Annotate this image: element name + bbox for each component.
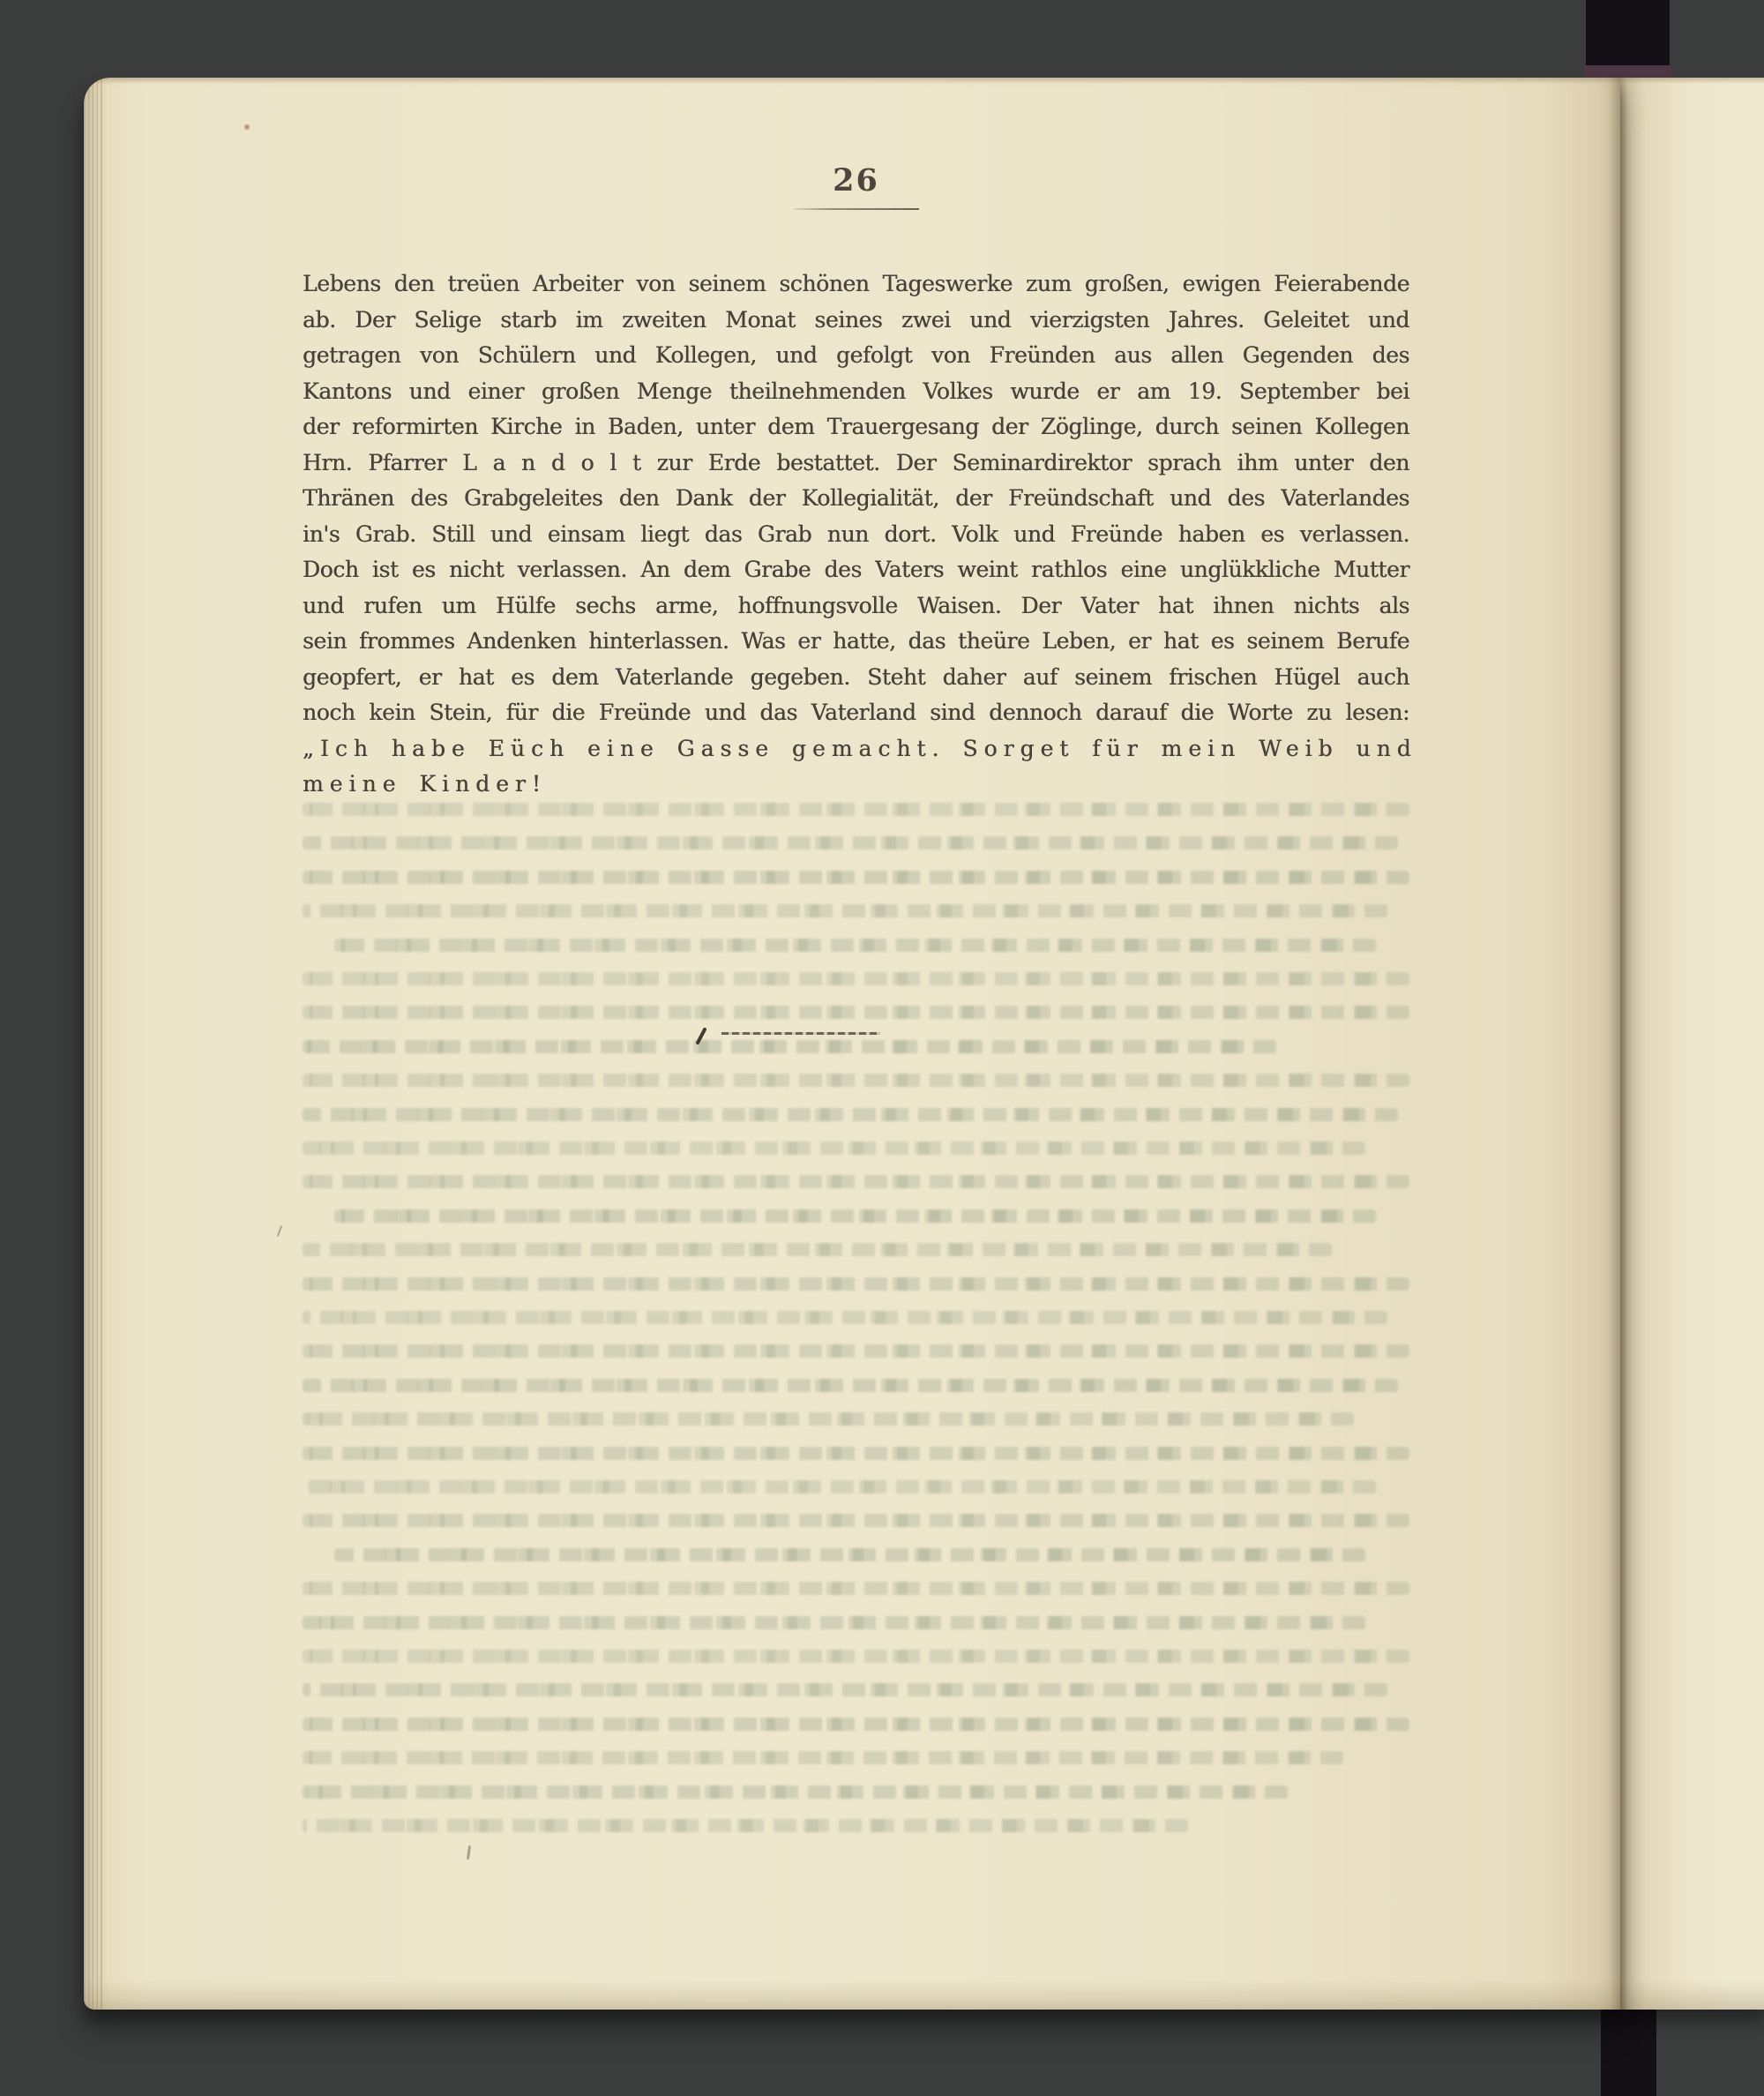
bleedthrough-separator-rule — [721, 1032, 880, 1035]
text-line: getragen von Schülern und Kollegen, und … — [303, 338, 1409, 374]
bookmark-ribbon-top — [1586, 0, 1670, 67]
text-line: „Ich habe Eüch eine Gasse gemacht. Sorge… — [303, 731, 1409, 767]
text-line: meine Kinder! — [303, 767, 1409, 803]
text-line: Lebens den treüen Arbeiter von seinem sc… — [303, 266, 1409, 303]
bleed-line — [303, 1683, 1387, 1696]
bleed-line — [303, 1108, 1398, 1121]
text-line: sein frommes Andenken hinterlassen. Was … — [303, 624, 1409, 660]
text-line: noch kein Stein, für die Freünde und das… — [303, 695, 1409, 731]
bleed-line — [303, 1142, 1365, 1155]
bleed-line — [303, 904, 1387, 917]
bleed-line — [303, 836, 1398, 850]
bleed-line — [334, 1209, 1376, 1223]
bleed-line — [303, 1344, 1409, 1358]
text-line: Doch ist es nicht verlassen. An dem Grab… — [303, 552, 1409, 588]
bleed-line — [303, 1175, 1409, 1188]
bleed-line — [303, 1514, 1409, 1527]
text-line: Hrn. Pfarrer L a n d o l t zur Erde best… — [303, 445, 1409, 482]
text-line: ab. Der Selige starb im zweiten Monat se… — [303, 303, 1409, 339]
bleed-line — [303, 1006, 1409, 1019]
bleed-line — [303, 1785, 1288, 1799]
bleed-line — [303, 1243, 1332, 1256]
text-line: der reformirten Kirche in Baden, unter d… — [303, 409, 1409, 445]
foxing-spot — [244, 124, 250, 130]
bleed-line — [303, 1480, 1376, 1493]
bleed-line — [303, 1616, 1365, 1629]
bookmark-ribbon-bottom — [1601, 2001, 1656, 2096]
bleed-line — [303, 1311, 1387, 1324]
bleed-line — [303, 871, 1409, 884]
text-line: geopfert, er hat es dem Vaterlande gegeb… — [303, 660, 1409, 696]
bleed-line — [303, 1412, 1354, 1426]
bleed-line — [303, 972, 1409, 985]
bleed-line — [303, 803, 1409, 816]
bleed-line — [303, 1040, 1276, 1053]
bleed-line — [303, 1447, 1409, 1460]
text-line: Thränen des Grabgeleites den Dank der Ko… — [303, 481, 1409, 517]
text-line: und rufen um Hülfe sechs arme, hoffnungs… — [303, 588, 1409, 625]
page-text-block: Lebens den treüen Arbeiter von seinem sc… — [303, 266, 1409, 803]
bleed-line — [303, 1379, 1398, 1392]
facing-page-edge — [1620, 78, 1764, 2010]
text-line: Kantons und einer großen Menge theilnehm… — [303, 374, 1409, 410]
text-line: in's Grab. Still und einsam liegt das Gr… — [303, 517, 1409, 553]
bleed-line — [303, 1718, 1409, 1731]
bleed-line — [334, 939, 1376, 952]
bleed-line — [334, 1548, 1365, 1561]
bleed-line — [303, 1277, 1409, 1291]
bleed-line — [303, 1819, 1188, 1832]
scanned-book-photo: 26 Lebens den treüen Arbeiter von seinem… — [0, 0, 1764, 2096]
bleed-line — [303, 1751, 1343, 1764]
bleed-line — [303, 1582, 1409, 1595]
bleed-line — [303, 1074, 1409, 1087]
bleed-line — [303, 1650, 1409, 1663]
book-page: 26 Lebens den treüen Arbeiter von seinem… — [84, 78, 1620, 2010]
